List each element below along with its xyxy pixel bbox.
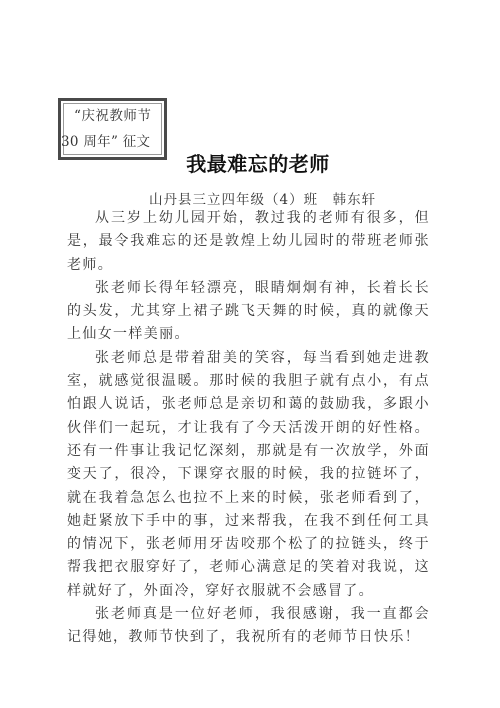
paragraph-1: 从三岁上幼儿园开始，教过我的老师有很多，但是，最令我难忘的还是敦煌上幼儿园时的带… [67,207,430,277]
paragraph-4: 张老师真是一位好老师，我很感谢，我一直都会记得她，教师节快到了，我祝所有的老师节… [67,603,430,650]
paragraph-3: 张老师总是带着甜美的笑容，每当看到她走进教室，就感觉很温暖。那时候的我胆子就有点… [67,347,430,603]
essay-title: 我最难忘的老师 [0,148,500,177]
essay-body: 从三岁上幼儿园开始，教过我的老师有很多，但是，最令我难忘的还是敦煌上幼儿园时的带… [67,207,430,650]
author-byline: 山丹县三立四年级（4）班 韩东轩 [149,188,376,208]
tag-line-1: “庆祝教师节 [74,108,151,124]
paragraph-2: 张老师长得年轻漂亮，眼睛炯炯有神，长着长长的头发，尤其穿上裙子跳飞天舞的时候，真… [67,277,430,347]
